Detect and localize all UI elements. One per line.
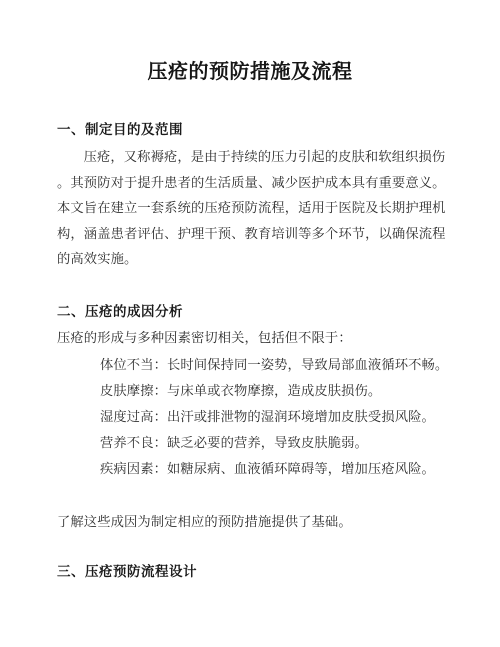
cause-item: 疾病因素：如糖尿病、血液循环障碍等，增加压疮风险。	[100, 456, 445, 482]
document-page: 压疮的预防措施及流程 一、制定目的及范围 压疮，又称褥疮，是由于持续的压力引起的…	[0, 0, 500, 647]
cause-list: 体位不当：长时间保持同一姿势，导致局部血液循环不畅。 皮肤摩擦：与床单或衣物摩擦…	[57, 352, 445, 482]
section-1-heading: 一、制定目的及范围	[57, 122, 445, 138]
paragraph-line: 构，涵盖患者评估、护理干预、教育培训等多个环节，以确保流程	[57, 221, 445, 247]
paragraph-line: 。其预防对于提升患者的生活质量、减少医护成本具有重要意义。	[57, 170, 445, 196]
section-2-heading: 二、压疮的成因分析	[57, 304, 445, 320]
cause-item: 体位不当：长时间保持同一姿势，导致局部血液循环不畅。	[100, 352, 445, 378]
document-title: 压疮的预防措施及流程	[0, 0, 500, 86]
paragraph-line: 的高效实施。	[57, 246, 445, 272]
section-2-conclusion-line: 了解这些成因为制定相应的预防措施提供了基础。	[57, 509, 445, 535]
section-1-paragraph: 压疮，又称褥疮，是由于持续的压力引起的皮肤和软组织损伤 。其预防对于提升患者的生…	[57, 144, 445, 272]
section-2-intro-line: 压疮的形成与多种因素密切相关，包括但不限于：	[57, 325, 445, 351]
section-3-heading: 三、压疮预防流程设计	[57, 564, 445, 580]
paragraph-line: 本文旨在建立一套系统的压疮预防流程，适用于医院及长期护理机	[57, 195, 445, 221]
paragraph-line: 压疮，又称褥疮，是由于持续的压力引起的皮肤和软组织损伤	[57, 144, 445, 170]
document-body: 一、制定目的及范围 压疮，又称褥疮，是由于持续的压力引起的皮肤和软组织损伤 。其…	[0, 122, 500, 580]
cause-item: 湿度过高：出汗或排泄物的湿润环境增加皮肤受损风险。	[100, 404, 445, 430]
cause-item: 皮肤摩擦：与床单或衣物摩擦，造成皮肤损伤。	[100, 378, 445, 404]
cause-item: 营养不良：缺乏必要的营养，导致皮肤脆弱。	[100, 430, 445, 456]
